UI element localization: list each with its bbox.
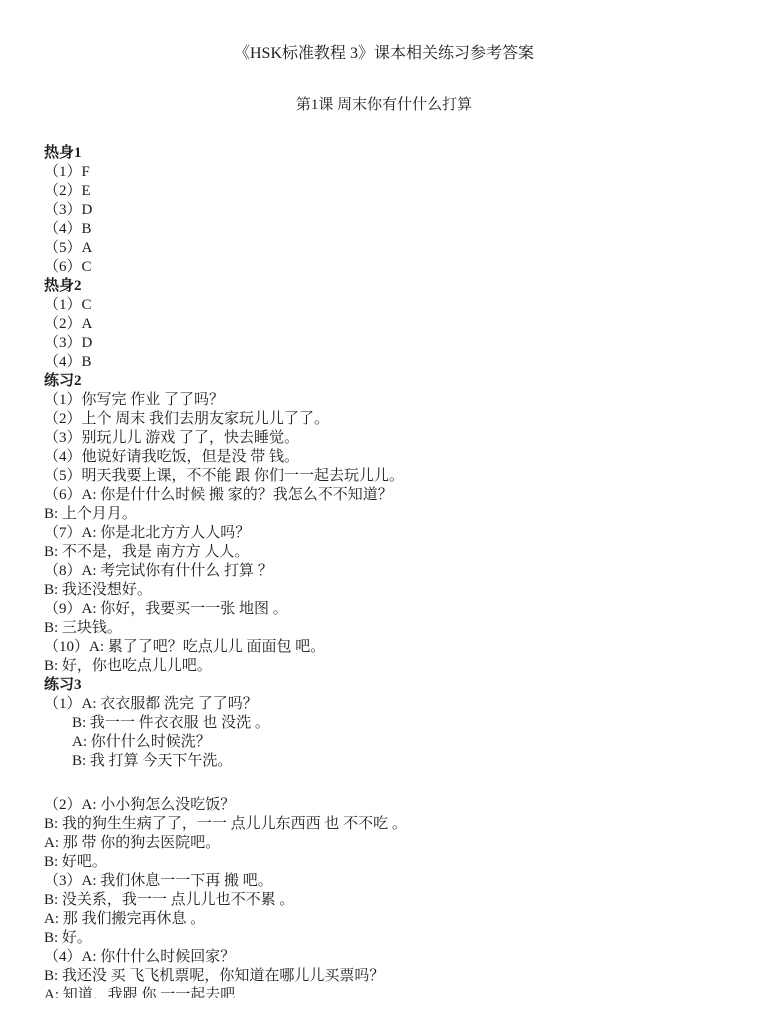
answer-line: A: 那 带 你的狗去医院吧。 <box>44 834 738 853</box>
answer-line: （2）E <box>44 182 738 201</box>
answer-line: B: 上个月月。 <box>44 505 738 524</box>
answer-line: （3）D <box>44 334 738 353</box>
section-header: 练习3 <box>44 676 738 695</box>
answer-line: （1）C <box>44 296 738 315</box>
answer-line: B: 没关系，我一一 点儿儿也不不累 。 <box>44 891 738 910</box>
answer-line: B: 我还没想好。 <box>44 581 738 600</box>
answer-line: B: 我 打算 今天下午洗。 <box>44 752 738 771</box>
answer-line: A: 那 我们搬完再休息 。 <box>44 910 738 929</box>
answer-line: （7）A: 你是北北方方人人吗？ <box>44 524 738 543</box>
section-exercise-3: 练习3 （1）A: 衣衣服都 洗完 了了吗？B: 我一一 件衣衣服 也 没洗 。… <box>44 676 738 998</box>
document-page: 《HSK标准教程 3》课本相关练习参考答案 第1课 周末你有什什么打算 热身1 … <box>0 0 768 1024</box>
answer-line: B: 好，你也吃点儿儿吧。 <box>44 657 738 676</box>
answer-line: （4）B <box>44 353 738 372</box>
document-title: 《HSK标准教程 3》课本相关练习参考答案 <box>0 0 768 63</box>
answer-line: （8）A: 考完试你有什什么 打算 ？ <box>44 562 738 581</box>
section-exercise-2: 练习2 （1）你写完 作业 了了吗？（2）上个 周末 我们去朋友家玩儿儿了了。（… <box>44 372 738 676</box>
section-lines: （1）你写完 作业 了了吗？（2）上个 周末 我们去朋友家玩儿儿了了。（3）别玩… <box>44 391 738 676</box>
section-warmup-2: 热身2 （1）C（2）A（3）D（4）B <box>44 277 738 372</box>
answer-line: （2）A: 小小狗怎么没吃饭？ <box>44 796 738 815</box>
answer-line: A: 知道，我跟 你 一一起去吧 <box>44 986 738 998</box>
section-header: 练习2 <box>44 372 738 391</box>
answer-line: （1）A: 衣衣服都 洗完 了了吗？ <box>44 695 738 714</box>
section-warmup-1: 热身1 （1）F（2）E（3）D（4）B（5）A（6）C <box>44 144 738 277</box>
answer-line: B: 好吧。 <box>44 853 738 872</box>
answer-line: （6）A: 你是什什么时候 搬 家的？我怎么不不知道？ <box>44 486 738 505</box>
section-header: 热身1 <box>44 144 738 163</box>
answer-line: （1）你写完 作业 了了吗？ <box>44 391 738 410</box>
answer-line: A: 你什什么时候洗？ <box>44 733 738 752</box>
section-lines: （1）C（2）A（3）D（4）B <box>44 296 738 372</box>
answer-line: （5）A <box>44 239 738 258</box>
section-header: 热身2 <box>44 277 738 296</box>
answer-line: （10）A: 累了了吧？吃点儿儿 面面包 吧。 <box>44 638 738 657</box>
answer-body: 热身1 （1）F（2）E（3）D（4）B（5）A（6）C 热身2 （1）C（2）… <box>0 144 768 998</box>
answer-line: （3）D <box>44 201 738 220</box>
answer-line: （1）F <box>44 163 738 182</box>
answer-line: B: 我一一 件衣衣服 也 没洗 。 <box>44 714 738 733</box>
answer-line: （4）B <box>44 220 738 239</box>
answer-line: B: 我还没 买 飞飞机票呢，你知道在哪儿儿买票吗？ <box>44 967 738 986</box>
answer-line: （3）A: 我们休息一一下再 搬 吧。 <box>44 872 738 891</box>
answer-line: （5）明天我要上课，不不能 跟 你们一一起去玩儿儿。 <box>44 467 738 486</box>
answer-line: B: 好。 <box>44 929 738 948</box>
answer-line: （2）A <box>44 315 738 334</box>
answer-line: （2）上个 周末 我们去朋友家玩儿儿了了。 <box>44 410 738 429</box>
section-lines: （1）F（2）E（3）D（4）B（5）A（6）C <box>44 163 738 277</box>
answer-line: B: 三块钱。 <box>44 619 738 638</box>
answer-line: （4）A: 你什什么时候回家？ <box>44 948 738 967</box>
lesson-heading: 第1课 周末你有什什么打算 <box>0 63 768 115</box>
section-lines: （1）A: 衣衣服都 洗完 了了吗？B: 我一一 件衣衣服 也 没洗 。A: 你… <box>44 695 738 998</box>
answer-line: （9）A: 你好，我要买一一张 地图 。 <box>44 600 738 619</box>
answer-line: B: 不不是，我是 南方方 人人。 <box>44 543 738 562</box>
answer-line: （6）C <box>44 258 738 277</box>
answer-line: （4）他说好请我吃饭，但是没 带 钱。 <box>44 448 738 467</box>
answer-line: （3）别玩儿儿 游戏 了了，快去睡觉。 <box>44 429 738 448</box>
answer-line: B: 我的狗生生病了了，一一 点儿儿东西西 也 不不吃 。 <box>44 815 738 834</box>
